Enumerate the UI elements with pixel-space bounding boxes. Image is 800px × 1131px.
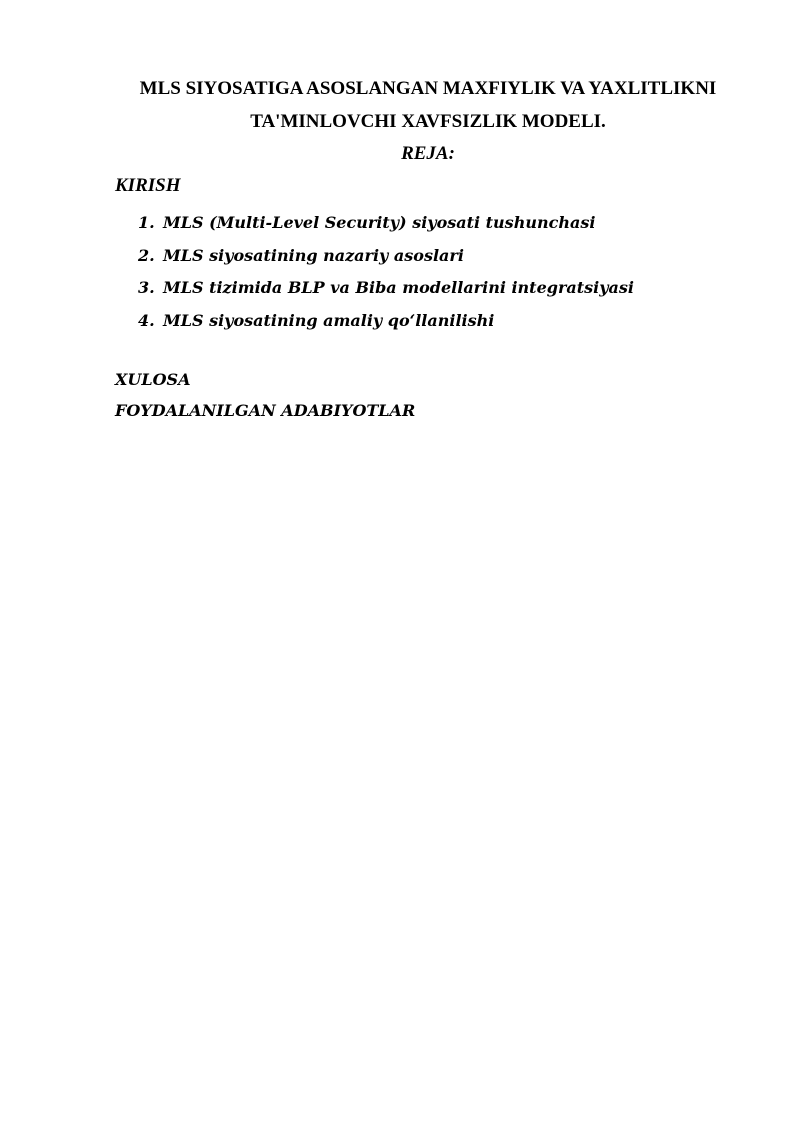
plan-item: 2. MLS siyosatining nazariy asoslari <box>138 239 634 272</box>
conclusion-heading: XULOSA <box>115 370 191 389</box>
title-line-2: TA'MINLOVCHI XAVFSIZLIK MODELI. <box>118 111 738 133</box>
plan-item-text: MLS (Multi-Level Security) siyosati tush… <box>163 213 595 232</box>
plan-item-number: 2. <box>138 246 163 265</box>
plan-item: 3. MLS tizimida BLP va Biba modellarini … <box>138 271 634 304</box>
plan-item: 4. MLS siyosatining amaliy qo‘llanilishi <box>138 304 634 337</box>
plan-item-number: 4. <box>138 311 163 330</box>
plan-item-number: 3. <box>138 278 163 297</box>
plan-heading: REJA: <box>118 143 738 165</box>
intro-heading: KIRISH <box>115 175 180 197</box>
plan-item-text: MLS tizimida BLP va Biba modellarini int… <box>163 278 634 297</box>
plan-item: 1. MLS (Multi-Level Security) siyosati t… <box>138 206 634 239</box>
references-heading: FOYDALANILGAN ADABIYOTLAR <box>115 401 415 420</box>
title-line-1: MLS SIYOSATIGA ASOSLANGAN MAXFIYLIK VA Y… <box>118 78 738 100</box>
plan-item-number: 1. <box>138 213 163 232</box>
plan-item-text: MLS siyosatining nazariy asoslari <box>163 246 464 265</box>
plan-item-text: MLS siyosatining amaliy qo‘llanilishi <box>163 311 494 330</box>
plan-list: 1. MLS (Multi-Level Security) siyosati t… <box>138 206 634 337</box>
